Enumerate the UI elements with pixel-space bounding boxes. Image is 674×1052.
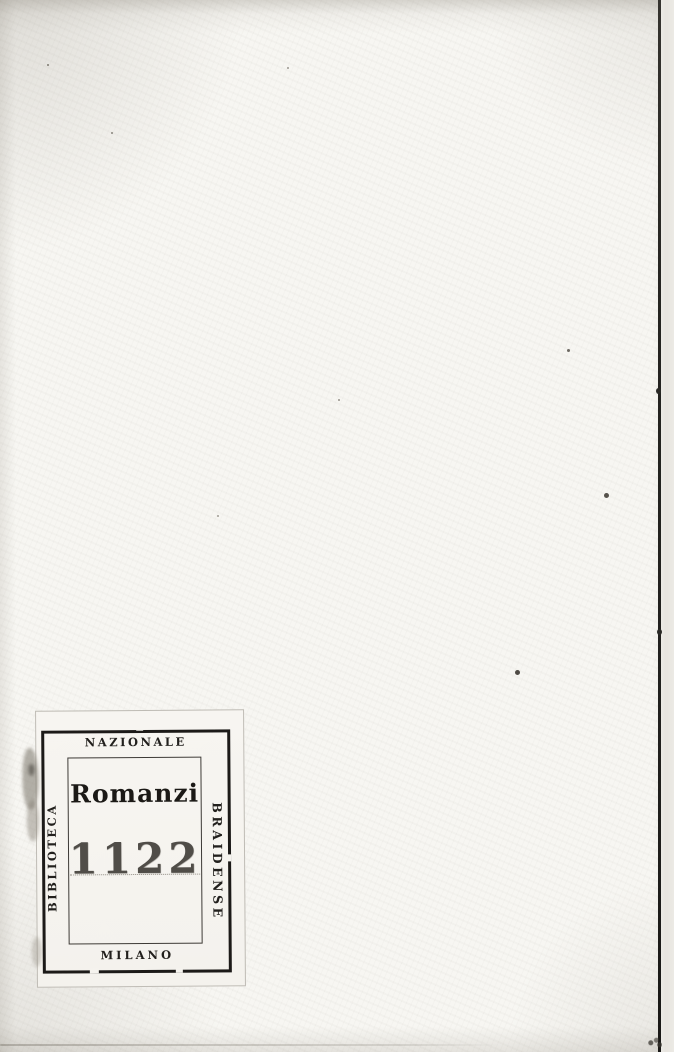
paper-speck [567, 349, 570, 352]
paper-speck [217, 515, 219, 517]
paper-speck [604, 493, 609, 498]
gutter-line-knot [656, 388, 661, 394]
paper-speck [111, 132, 113, 134]
smudge [32, 937, 42, 967]
stamp-word-nazionale: NAZIONALE [41, 733, 230, 750]
stamp-border-gap [226, 854, 231, 861]
stamp-word-milano: MILANO [43, 946, 232, 963]
paper-speck [338, 399, 340, 401]
paper-speck [287, 67, 289, 69]
bottom-right-ink-mark [646, 1035, 662, 1048]
library-bookplate: NAZIONALE BIBLIOTECA BRAIDENSE MILANO Ro… [35, 709, 246, 987]
adjacent-page-strip [660, 0, 674, 1052]
gutter-line-knot [657, 629, 662, 635]
stamp-word-braidense: BRAIDENSE [205, 786, 226, 936]
bottom-fold-shadow [0, 1044, 500, 1046]
stamp-shelf-number: 1122 [68, 835, 202, 884]
paper-speck [515, 670, 520, 675]
stamp-category: Romanzi [68, 779, 202, 810]
stamp-border-gap [90, 968, 99, 973]
stamp-word-biblioteca: BIBLIOTECA [44, 788, 65, 928]
paper-speck [47, 64, 49, 66]
smudge [28, 764, 34, 776]
stamp-border-gap [176, 968, 183, 973]
smudge [27, 800, 39, 842]
stamp-border-gap [136, 729, 143, 731]
page-gutter-line [658, 0, 661, 1052]
scanned-page: NAZIONALE BIBLIOTECA BRAIDENSE MILANO Ro… [0, 0, 674, 1052]
